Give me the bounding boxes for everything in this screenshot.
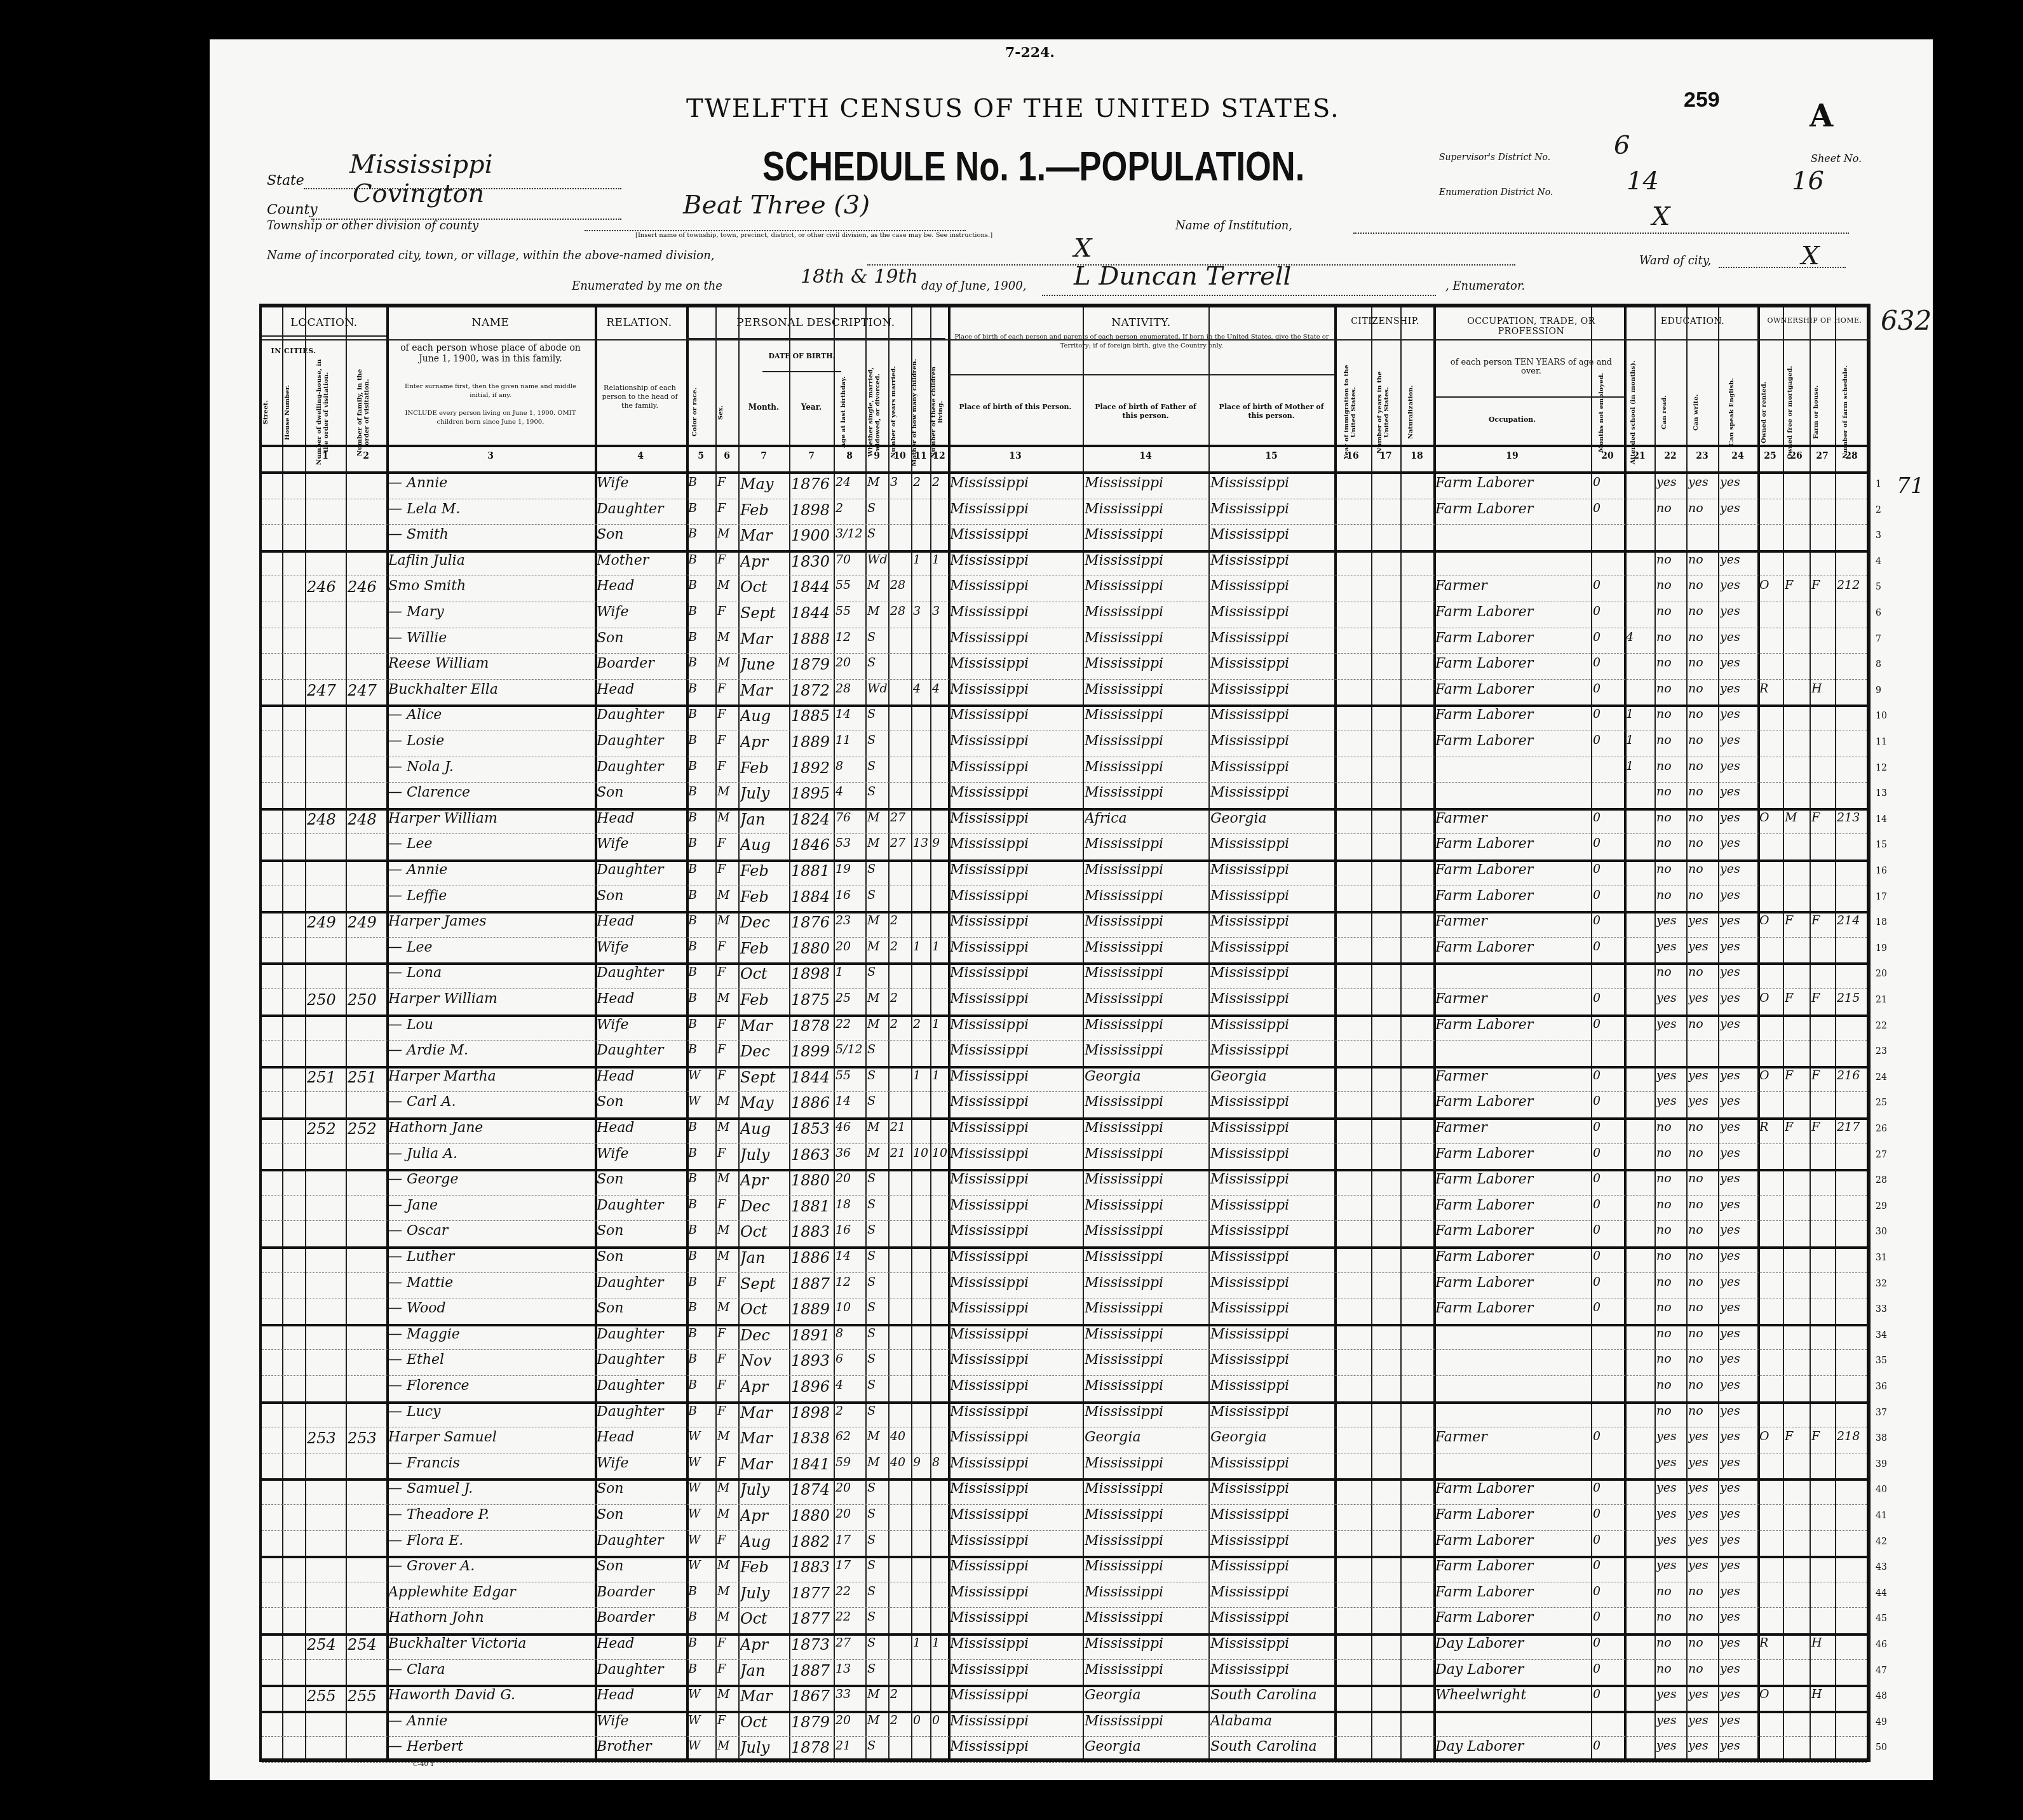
- county-value: Covington: [353, 179, 484, 208]
- cell-mc: 10: [913, 1146, 930, 1160]
- cell-ms: M: [867, 1713, 888, 1727]
- cell-rel: Son: [597, 1300, 686, 1316]
- cell-mc: 2: [913, 475, 930, 489]
- cell-pf: Mississippi: [1085, 656, 1208, 671]
- cell-race: B: [688, 1636, 715, 1650]
- line-number: 3: [1876, 530, 1881, 541]
- cell-own: O: [1759, 1687, 1782, 1701]
- cell-rel: Wife: [597, 475, 686, 491]
- cell-age: 28: [836, 682, 865, 696]
- cell-race: B: [688, 1662, 715, 1676]
- cell-dw: 249: [307, 913, 345, 931]
- group-occupation: OCCUPATION, TRADE, OR PROFESSION: [1436, 316, 1627, 337]
- cell-wr: no: [1688, 888, 1717, 902]
- cell-rd: no: [1656, 836, 1686, 850]
- cell-en: yes: [1720, 1068, 1757, 1082]
- cell-wr: yes: [1688, 475, 1717, 489]
- cell-race: B: [688, 707, 715, 721]
- form-number: 7-224.: [1005, 44, 1055, 61]
- column-header-rotated: Street.: [262, 358, 281, 466]
- cell-pf: Mississippi: [1085, 1507, 1208, 1523]
- cell-mne: 0: [1593, 1610, 1623, 1624]
- column-number: 7: [738, 451, 789, 461]
- cell-rd: no: [1656, 862, 1686, 876]
- cell-sex: F: [717, 940, 738, 954]
- row-rule: [262, 1762, 1867, 1763]
- cell-sex: M: [717, 1584, 738, 1598]
- cell-yr: 1880: [791, 940, 833, 957]
- cell-mon: Aug: [740, 1120, 788, 1138]
- cell-race: B: [688, 1352, 715, 1366]
- cell-pb: Mississippi: [950, 1352, 1082, 1368]
- cell-name: — Lona: [388, 965, 594, 981]
- cell-rd: no: [1656, 888, 1686, 902]
- cell-rd: yes: [1656, 940, 1686, 954]
- cell-en: yes: [1720, 656, 1757, 670]
- cell-en: yes: [1720, 553, 1757, 567]
- cell-yr: 1879: [791, 656, 833, 673]
- cell-yr: 1891: [791, 1326, 833, 1344]
- cell-wr: no: [1688, 785, 1717, 799]
- column-number: 20: [1591, 451, 1624, 461]
- sheet-value: 16: [1792, 166, 1824, 196]
- cell-cl: 1: [932, 553, 947, 567]
- cell-ms: S: [867, 759, 888, 773]
- cell-mc: 3: [913, 604, 930, 618]
- cell-name: — Florence: [388, 1378, 594, 1394]
- table-row: — ClaraDaughterBFJan188713SMississippiMi…: [262, 1659, 1867, 1685]
- cell-wr: no: [1688, 862, 1717, 876]
- cell-rel: Son: [597, 527, 686, 543]
- line-number: 40: [1876, 1485, 1887, 1495]
- header-divider: [948, 374, 1334, 375]
- cell-name: — Francis: [388, 1455, 594, 1471]
- cell-name: — Carl A.: [388, 1094, 594, 1110]
- cell-pb: Mississippi: [950, 1300, 1082, 1316]
- cell-pm: Mississippi: [1210, 1326, 1334, 1342]
- cell-pb: Mississippi: [950, 475, 1082, 491]
- cell-pm: Mississippi: [1210, 991, 1334, 1007]
- cell-yr: 1887: [791, 1662, 833, 1680]
- cell-pm: Mississippi: [1210, 1507, 1334, 1523]
- cell-age: 62: [836, 1429, 865, 1443]
- cell-pm: Georgia: [1210, 1429, 1334, 1445]
- cell-cl: 1: [932, 1636, 947, 1650]
- cell-en: yes: [1720, 1713, 1757, 1727]
- cell-rd: no: [1656, 965, 1686, 979]
- cell-dw: 250: [307, 991, 345, 1009]
- cell-ms: S: [867, 1739, 888, 1753]
- cell-occ: Farm Laborer: [1435, 656, 1590, 671]
- cell-yr: 1898: [791, 1404, 833, 1422]
- cell-sex: M: [717, 811, 738, 825]
- cell-yr: 1889: [791, 1300, 833, 1318]
- cell-pm: Mississippi: [1210, 630, 1334, 646]
- cell-rel: Head: [597, 1687, 686, 1703]
- cell-yr: 1900: [791, 527, 833, 544]
- cell-name: Smo Smith: [388, 578, 594, 594]
- cell-age: 22: [836, 1017, 865, 1031]
- cell-fm: M: [1785, 811, 1809, 825]
- cell-pb: Mississippi: [950, 1507, 1082, 1523]
- cell-sch: 1: [1626, 759, 1654, 773]
- cell-mon: Feb: [740, 888, 788, 906]
- cell-race: B: [688, 682, 715, 696]
- column-header-rotated: Number of years in the United States.: [1376, 358, 1395, 466]
- cell-ms: S: [867, 1042, 888, 1056]
- cell-rd: yes: [1656, 991, 1686, 1005]
- city-value: X: [1074, 234, 1092, 263]
- cell-race: W: [688, 1507, 715, 1521]
- cell-age: 12: [836, 630, 865, 644]
- table-row: 254254Buckhalter VictoriaHeadBFApr187327…: [262, 1633, 1867, 1659]
- cell-rel: Daughter: [597, 733, 686, 749]
- cell-rel: Son: [597, 630, 686, 646]
- cell-mon: Apr: [740, 553, 788, 570]
- nativity-description: Place of birth of each person and parent…: [954, 333, 1329, 351]
- column-header-rotated: Whether single, married, widowed, or div…: [867, 358, 886, 466]
- cell-rd: no: [1656, 1584, 1686, 1598]
- cell-mon: Mar: [740, 1017, 788, 1035]
- cell-ms: S: [867, 1223, 888, 1237]
- cell-occ: Farm Laborer: [1435, 475, 1590, 491]
- cell-en: yes: [1720, 1610, 1757, 1624]
- cell-age: 22: [836, 1610, 865, 1624]
- cell-en: yes: [1720, 785, 1757, 799]
- line-number: 10: [1876, 711, 1887, 721]
- cell-age: 17: [836, 1558, 865, 1572]
- cell-pb: Mississippi: [950, 1610, 1082, 1626]
- cell-sex: M: [717, 1120, 738, 1134]
- cell-dw: 247: [307, 682, 345, 699]
- column-number: 3: [386, 451, 595, 461]
- column-header-pm: Place of birth of Mother of this person.: [1212, 403, 1330, 421]
- cell-occ: Farm Laborer: [1435, 682, 1590, 698]
- cell-yr: 1889: [791, 733, 833, 751]
- cell-pm: Mississippi: [1210, 1223, 1334, 1239]
- cell-ms: S: [867, 707, 888, 721]
- line-number: 29: [1876, 1201, 1887, 1211]
- cell-yr: 1881: [791, 862, 833, 880]
- cell-race: B: [688, 940, 715, 954]
- table-row: — HerbertBrotherWMJuly187821SMississippi…: [262, 1736, 1867, 1762]
- cell-pf: Mississippi: [1085, 1120, 1208, 1136]
- cell-sex: M: [717, 1223, 738, 1237]
- cell-rd: yes: [1656, 1429, 1686, 1443]
- line-number: 12: [1876, 763, 1887, 773]
- cell-pb: Mississippi: [950, 888, 1082, 904]
- cell-mon: Aug: [740, 836, 788, 854]
- cell-pf: Mississippi: [1085, 1197, 1208, 1213]
- table-row: — WoodSonBMOct188910SMississippiMississi…: [262, 1298, 1867, 1324]
- cell-race: B: [688, 862, 715, 876]
- cell-mon: Dec: [740, 1197, 788, 1215]
- cell-en: yes: [1720, 1455, 1757, 1469]
- cell-dw: 251: [307, 1068, 345, 1086]
- cell-yr: 1896: [791, 1378, 833, 1396]
- cell-pb: Mississippi: [950, 1094, 1082, 1110]
- table-row: — MattieDaughterBFSept188712SMississippi…: [262, 1272, 1867, 1298]
- cell-sex: M: [717, 1558, 738, 1572]
- cell-en: yes: [1720, 1197, 1757, 1211]
- cell-name: — Ethel: [388, 1352, 594, 1368]
- cell-fm: F: [1785, 1429, 1809, 1443]
- cell-fh: H: [1811, 1636, 1834, 1650]
- cell-pm: Mississippi: [1210, 785, 1334, 800]
- cell-ms: S: [867, 965, 888, 979]
- cell-pm: Mississippi: [1210, 965, 1334, 981]
- cell-mc: 1: [913, 1636, 930, 1650]
- cell-age: 36: [836, 1146, 865, 1160]
- cell-ym: 2: [890, 1687, 910, 1701]
- cell-sex: F: [717, 1352, 738, 1366]
- group-nativity: NATIVITY.: [948, 316, 1334, 329]
- line-number: 34: [1876, 1330, 1887, 1340]
- cell-name: Applewhite Edgar: [388, 1584, 594, 1600]
- cell-race: B: [688, 1017, 715, 1031]
- cell-age: 20: [836, 940, 865, 954]
- cell-sex: F: [717, 1378, 738, 1392]
- cell-rel: Daughter: [597, 707, 686, 723]
- cell-mc: 1: [913, 940, 930, 954]
- column-number: 23: [1686, 451, 1718, 461]
- name-instruction-1: Enter surname first, then the given name…: [395, 382, 586, 400]
- cell-wr: no: [1688, 604, 1717, 618]
- cell-pm: Mississippi: [1210, 1017, 1334, 1033]
- cell-race: B: [688, 1378, 715, 1392]
- table-row: — LeeWifeBFFeb188020M211MississippiMissi…: [262, 937, 1867, 963]
- column-number: 7: [789, 451, 834, 461]
- table-row: 252252Hathorn JaneHeadBMAug185346M21Miss…: [262, 1117, 1867, 1143]
- cell-mon: Mar: [740, 527, 788, 544]
- cell-age: 20: [836, 1481, 865, 1495]
- cell-wr: no: [1688, 1146, 1717, 1160]
- line-number: 49: [1876, 1717, 1887, 1727]
- cell-pb: Mississippi: [950, 1120, 1082, 1136]
- column-header-rotated: Number of dwelling-house, in the order o…: [316, 358, 335, 466]
- cell-name: — Mary: [388, 604, 594, 620]
- cell-pf: Mississippi: [1085, 553, 1208, 569]
- cell-rel: Wife: [597, 940, 686, 955]
- cell-mne: 0: [1593, 1249, 1623, 1263]
- cell-age: 16: [836, 888, 865, 902]
- cell-race: W: [688, 1481, 715, 1495]
- cell-occ: Farmer: [1435, 1429, 1590, 1445]
- cell-name: Harper Martha: [388, 1068, 594, 1084]
- line-number: 47: [1876, 1666, 1887, 1676]
- cell-en: yes: [1720, 965, 1757, 979]
- table-row: Applewhite EdgarBoarderBMJuly187722SMiss…: [262, 1582, 1867, 1608]
- cell-pm: Georgia: [1210, 1068, 1334, 1084]
- cell-mne: 0: [1593, 656, 1623, 670]
- column-number: 19: [1433, 451, 1591, 461]
- column-header-yr: Year.: [789, 403, 834, 412]
- cell-fam: 255: [348, 1687, 386, 1705]
- cell-fam: 246: [348, 578, 386, 596]
- cell-sex: F: [717, 604, 738, 618]
- cell-age: 22: [836, 1584, 865, 1598]
- cell-cl: 1: [932, 940, 947, 954]
- header-divider: [1759, 339, 1871, 340]
- cell-rel: Son: [597, 1507, 686, 1523]
- cell-rel: Wife: [597, 836, 686, 852]
- line-number: 15: [1876, 840, 1887, 850]
- cell-mne: 0: [1593, 1017, 1623, 1031]
- cell-fam: 248: [348, 811, 386, 828]
- cell-rel: Head: [597, 991, 686, 1007]
- column-number: 5: [686, 451, 715, 461]
- cell-rel: Daughter: [597, 1326, 686, 1342]
- table-row: — ClarenceSonBMJuly18954SMississippiMiss…: [262, 782, 1867, 808]
- line-number: 21: [1876, 995, 1887, 1005]
- cell-mon: Apr: [740, 1507, 788, 1525]
- cell-mne: 0: [1593, 1558, 1623, 1572]
- table-row: 248248Harper WilliamHeadBMJan182476M27Mi…: [262, 808, 1867, 834]
- cell-ms: M: [867, 991, 888, 1005]
- cell-rd: no: [1656, 1120, 1686, 1134]
- line-number: 6: [1876, 608, 1881, 618]
- cell-yr: 1887: [791, 1275, 833, 1293]
- cell-mc: 0: [913, 1713, 930, 1727]
- cell-en: yes: [1720, 1300, 1757, 1314]
- line-number: 14: [1876, 814, 1887, 825]
- cell-rd: no: [1656, 759, 1686, 773]
- cell-pf: Georgia: [1085, 1429, 1208, 1445]
- cell-sex: M: [717, 1481, 738, 1495]
- column-header-rotated: Attended school (in months).: [1630, 358, 1649, 466]
- cell-dw: 248: [307, 811, 345, 828]
- cell-mon: Mar: [740, 1404, 788, 1422]
- cell-mon: June: [740, 656, 788, 673]
- cell-ym: 28: [890, 578, 910, 592]
- cell-pb: Mississippi: [950, 991, 1082, 1007]
- cell-sex: F: [717, 965, 738, 979]
- cell-rel: Wife: [597, 1455, 686, 1471]
- cell-mon: Oct: [740, 578, 788, 596]
- cell-occ: Farm Laborer: [1435, 1275, 1590, 1291]
- table-row: — JaneDaughterBFDec188118SMississippiMis…: [262, 1195, 1867, 1221]
- cell-rel: Head: [597, 811, 686, 826]
- cell-occ: Farm Laborer: [1435, 862, 1590, 878]
- cell-mon: Oct: [740, 965, 788, 983]
- cell-name: Harper William: [388, 991, 594, 1007]
- cell-pm: Mississippi: [1210, 1249, 1334, 1265]
- cell-pb: Mississippi: [950, 733, 1082, 749]
- cell-yr: 1872: [791, 682, 833, 699]
- line-number: 36: [1876, 1382, 1887, 1392]
- table-row: — Theadore P.SonWMApr188020SMississippiM…: [262, 1504, 1867, 1530]
- cell-cl: 10: [932, 1146, 947, 1160]
- column-number: 21: [1624, 451, 1654, 461]
- cell-pm: Mississippi: [1210, 1558, 1334, 1574]
- cell-yr: 1853: [791, 1120, 833, 1138]
- cell-occ: Farm Laborer: [1435, 1094, 1590, 1110]
- cell-name: Harper James: [388, 913, 594, 929]
- table-row: — MaryWifeBFSept184455M2833MississippiMi…: [262, 602, 1867, 628]
- cell-pf: Mississippi: [1085, 913, 1208, 929]
- cell-en: yes: [1720, 1687, 1757, 1701]
- cell-name: — Annie: [388, 862, 594, 878]
- cell-mon: Dec: [740, 1042, 788, 1060]
- cell-mon: Apr: [740, 1636, 788, 1654]
- cell-sex: F: [717, 1533, 738, 1547]
- cell-name: — Clara: [388, 1662, 594, 1678]
- cell-wr: yes: [1688, 1558, 1717, 1572]
- group-education: EDUCATION.: [1629, 316, 1756, 327]
- line-number: 50: [1876, 1742, 1887, 1753]
- cell-sex: F: [717, 1636, 738, 1650]
- cell-rd: yes: [1656, 1068, 1686, 1082]
- print-mark: C-40 1: [413, 1761, 434, 1768]
- table-row: — AnnieWifeBFMay187624M322MississippiMis…: [262, 473, 1867, 499]
- cell-own: R: [1759, 1636, 1782, 1650]
- cell-rd: yes: [1656, 1017, 1686, 1031]
- cell-wr: no: [1688, 501, 1717, 515]
- cell-sex: F: [717, 1662, 738, 1676]
- cell-pf: Georgia: [1085, 1739, 1208, 1755]
- cell-pb: Mississippi: [950, 501, 1082, 517]
- cell-rd: no: [1656, 785, 1686, 799]
- cell-pf: Georgia: [1085, 1068, 1208, 1084]
- cell-name: — Clarence: [388, 785, 594, 800]
- column-header-rotated: Can read.: [1661, 358, 1680, 466]
- cell-fh: H: [1811, 1687, 1834, 1701]
- cell-fh: F: [1811, 1068, 1834, 1082]
- cell-mne: 0: [1593, 1223, 1623, 1237]
- column-number: 4: [595, 451, 686, 461]
- cell-en: yes: [1720, 630, 1757, 644]
- cell-mon: Sept: [740, 604, 788, 622]
- cell-age: 20: [836, 1507, 865, 1521]
- cell-sex: F: [717, 1042, 738, 1056]
- cell-pm: Mississippi: [1210, 604, 1334, 620]
- cell-pf: Mississippi: [1085, 1636, 1208, 1652]
- cell-yr: 1879: [791, 1713, 833, 1731]
- cell-pf: Africa: [1085, 811, 1208, 826]
- cell-rd: no: [1656, 1146, 1686, 1160]
- cell-mne: 0: [1593, 1481, 1623, 1495]
- table-row: 249249Harper JamesHeadBMDec187623M2Missi…: [262, 911, 1867, 937]
- cell-pb: Mississippi: [950, 527, 1082, 543]
- cell-sex: F: [717, 707, 738, 721]
- cell-age: 70: [836, 553, 865, 567]
- column-header-pb: Place of birth of this Person.: [952, 403, 1079, 412]
- cell-pf: Mississippi: [1085, 1610, 1208, 1626]
- cell-name: — Nola J.: [388, 759, 594, 775]
- cell-fam: 250: [348, 991, 386, 1009]
- cell-age: 6: [836, 1352, 865, 1366]
- schedule-title: SCHEDULE No. 1.—POPULATION.: [762, 143, 1304, 190]
- cell-pf: Mississippi: [1085, 1404, 1208, 1420]
- cell-en: yes: [1720, 888, 1757, 902]
- cell-fs: 214: [1837, 913, 1867, 927]
- cell-wr: yes: [1688, 1455, 1717, 1469]
- cell-rel: Head: [597, 1636, 686, 1652]
- cell-rd: no: [1656, 733, 1686, 747]
- line-number: 26: [1876, 1124, 1887, 1134]
- column-number: 12: [930, 451, 948, 461]
- cell-rd: no: [1656, 1197, 1686, 1211]
- cell-age: 23: [836, 913, 865, 927]
- cell-race: B: [688, 965, 715, 979]
- table-row: — LeeWifeBFAug184653M27139MississippiMis…: [262, 833, 1867, 859]
- cell-pf: Mississippi: [1085, 604, 1208, 620]
- cell-en: yes: [1720, 836, 1757, 850]
- cell-occ: Farm Laborer: [1435, 1223, 1590, 1239]
- cell-pm: Mississippi: [1210, 888, 1334, 904]
- cell-rd: no: [1656, 630, 1686, 644]
- cell-en: yes: [1720, 501, 1757, 515]
